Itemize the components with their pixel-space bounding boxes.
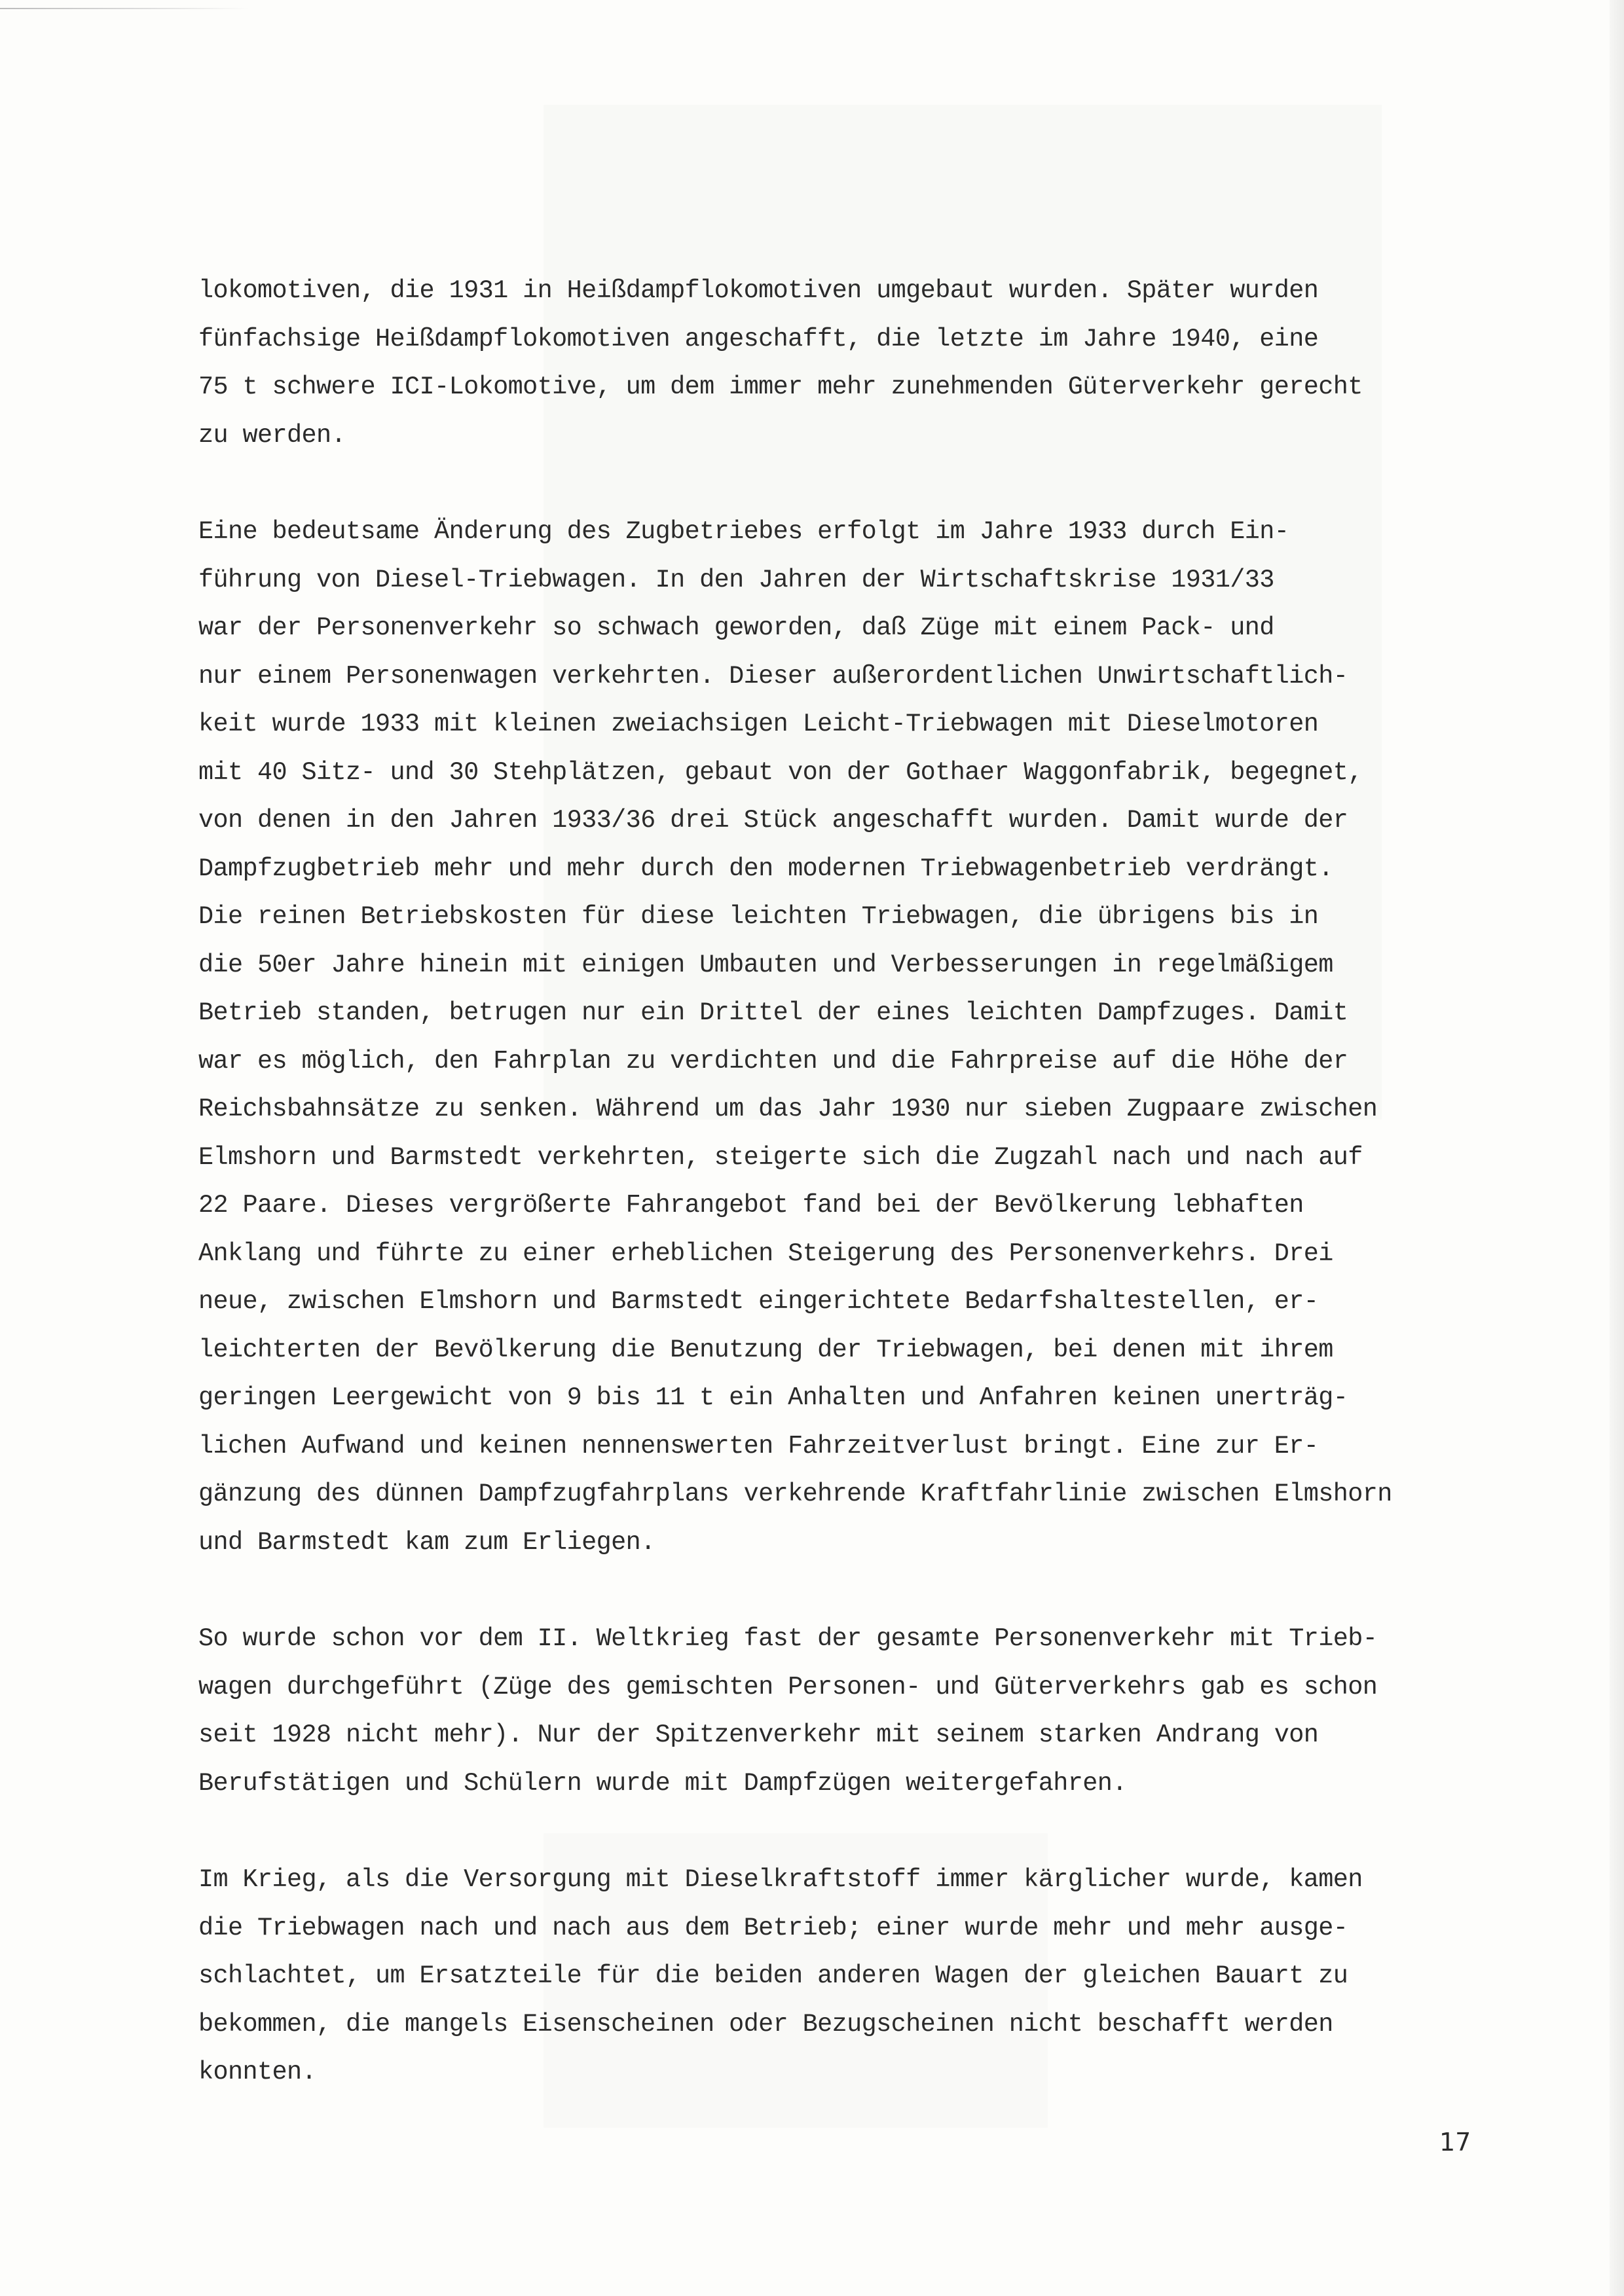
text-line: Dampfzugbetrieb mehr und mehr durch den …: [198, 845, 1574, 894]
text-line: fünfachsige Heißdampflokomotiven angesch…: [198, 316, 1574, 364]
text-line: gänzung des dünnen Dampfzugfahrplans ver…: [198, 1470, 1574, 1519]
text-line: und Barmstedt kam zum Erliegen.: [198, 1519, 1574, 1567]
text-line: nur einem Personenwagen verkehrten. Dies…: [198, 653, 1574, 701]
scan-edge-line: [0, 8, 249, 9]
text-line: seit 1928 nicht mehr). Nur der Spitzenve…: [198, 1711, 1574, 1760]
text-line: lokomotiven, die 1931 in Heißdampflokomo…: [198, 267, 1574, 316]
text-line: So wurde schon vor dem II. Weltkrieg fas…: [198, 1615, 1574, 1664]
text-line: neue, zwischen Elmshorn und Barmstedt ei…: [198, 1278, 1574, 1326]
text-line: die Triebwagen nach und nach aus dem Bet…: [198, 1904, 1574, 1953]
paragraph-1: lokomotiven, die 1931 in Heißdampflokomo…: [198, 267, 1574, 460]
text-line: Elmshorn und Barmstedt verkehrten, steig…: [198, 1134, 1574, 1182]
text-line: war der Personenverkehr so schwach gewor…: [198, 604, 1574, 653]
paragraph-2: Eine bedeutsame Änderung des Zugbetriebe…: [198, 508, 1574, 1567]
text-line: mit 40 Sitz- und 30 Stehplätzen, gebaut …: [198, 749, 1574, 797]
text-line: wagen durchgeführt (Züge des gemischten …: [198, 1664, 1574, 1712]
page-number: 17: [1439, 2128, 1471, 2157]
text-line: war es möglich, den Fahrplan zu verdicht…: [198, 1038, 1574, 1086]
text-line: 22 Paare. Dieses vergrößerte Fahrangebot…: [198, 1182, 1574, 1230]
text-line: konnten.: [198, 2049, 1574, 2097]
text-line: Eine bedeutsame Änderung des Zugbetriebe…: [198, 508, 1574, 556]
text-line: die 50er Jahre hinein mit einigen Umbaut…: [198, 941, 1574, 990]
text-line: Anklang und führte zu einer erheblichen …: [198, 1230, 1574, 1279]
paragraph-3: So wurde schon vor dem II. Weltkrieg fas…: [198, 1615, 1574, 1808]
paragraph-4: Im Krieg, als die Versorgung mit Dieselk…: [198, 1856, 1574, 2097]
text-line: bekommen, die mangels Eisenscheinen oder…: [198, 2001, 1574, 2049]
text-line: Im Krieg, als die Versorgung mit Dieselk…: [198, 1856, 1574, 1904]
text-line: keit wurde 1933 mit kleinen zweiachsigen…: [198, 701, 1574, 749]
text-line: führung von Diesel-Triebwagen. In den Ja…: [198, 556, 1574, 605]
text-line: schlachtet, um Ersatzteile für die beide…: [198, 1952, 1574, 2001]
page-edge: [1610, 0, 1624, 2296]
text-line: leichterten der Bevölkerung die Benutzun…: [198, 1326, 1574, 1375]
text-line: Die reinen Betriebskosten für diese leic…: [198, 893, 1574, 941]
text-line: von denen in den Jahren 1933/36 drei Stü…: [198, 797, 1574, 845]
text-line: lichen Aufwand und keinen nennenswerten …: [198, 1423, 1574, 1471]
page-body: lokomotiven, die 1931 in Heißdampflokomo…: [198, 267, 1574, 2145]
text-line: 75 t schwere ICI-Lokomotive, um dem imme…: [198, 363, 1574, 412]
text-line: zu werden.: [198, 412, 1574, 460]
text-line: Reichsbahnsätze zu senken. Während um da…: [198, 1085, 1574, 1134]
text-line: Betrieb standen, betrugen nur ein Dritte…: [198, 989, 1574, 1038]
text-line: geringen Leergewicht von 9 bis 11 t ein …: [198, 1374, 1574, 1423]
text-line: Berufstätigen und Schülern wurde mit Dam…: [198, 1760, 1574, 1808]
